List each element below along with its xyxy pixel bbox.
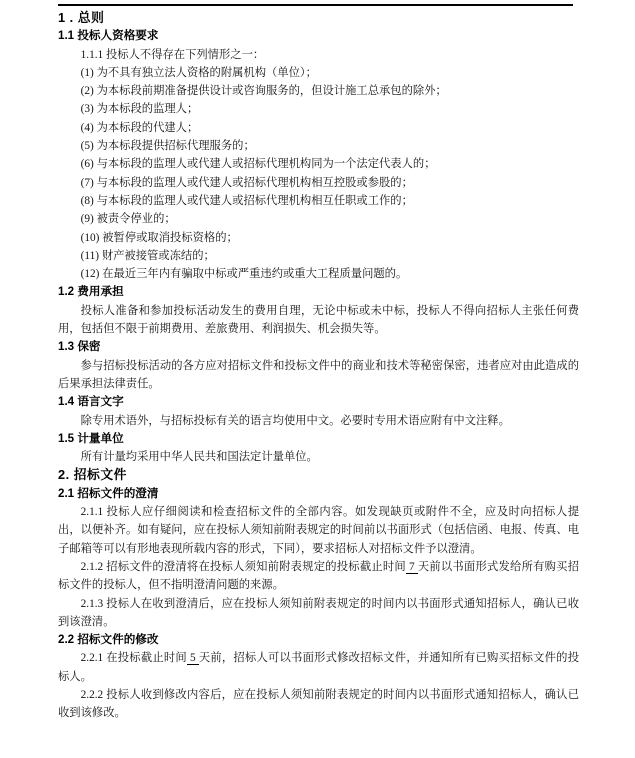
- chapter-heading: 1 . 总则: [58, 9, 579, 27]
- clause-paragraph: 2.2.2 投标人收到修改内容后，应在投标人须知前附表规定的时间内以书面形式通知…: [58, 686, 579, 723]
- clause-paragraph: (3) 为本标段的监理人；: [58, 100, 579, 118]
- clause-paragraph: 2.1.1 投标人应仔细阅读和检查招标文件的全部内容。如发现缺页或附件不全，应及…: [58, 503, 579, 558]
- clause-paragraph: (4) 为本标段的代建人；: [58, 119, 579, 137]
- clause-paragraph: 所有计量均采用中华人民共和国法定计量单位。: [58, 448, 579, 466]
- clause-paragraph: (12) 在最近三年内有骗取中标或严重违约或重大工程质量问题的。: [58, 265, 579, 283]
- clause-paragraph: (5) 为本标段提供招标代理服务的；: [58, 137, 579, 155]
- clause-paragraph: (6) 与本标段的监理人或代建人或招标代理机构同为一个法定代表人的；: [58, 155, 579, 173]
- clause-paragraph: (8) 与本标段的监理人或代建人或招标代理机构相互任职或工作的；: [58, 192, 579, 210]
- section-heading: 1.2 费用承担: [58, 283, 579, 301]
- clause-paragraph: (7) 与本标段的监理人或代建人或招标代理机构相互控股或参股的；: [58, 174, 579, 192]
- clause-paragraph: 参与招标投标活动的各方应对招标文件和投标文件中的商业和技术等秘密保密，违者应对由…: [58, 357, 579, 394]
- clause-paragraph: 除专用术语外，与招标投标有关的语言均使用中文。必要时专用术语应附有中文注释。: [58, 412, 579, 430]
- section-heading: 2.2 招标文件的修改: [58, 631, 579, 649]
- section-heading: 1.4 语言文字: [58, 393, 579, 411]
- underlined-blank-value: 7: [406, 561, 418, 574]
- clause-text: 2.2.1 在投标截止时间: [81, 652, 187, 664]
- clause-paragraph: (10) 被暂停或取消投标资格的；: [58, 229, 579, 247]
- section-heading: 2.1 招标文件的澄清: [58, 485, 579, 503]
- section-heading: 1.5 计量单位: [58, 430, 579, 448]
- document-page: 1 . 总则1.1 投标人资格要求1.1.1 投标人不得存在下列情形之一：(1)…: [0, 0, 635, 758]
- clause-paragraph: 投标人准备和参加投标活动发生的费用自理，无论中标或未中标，投标人不得向招标人主张…: [58, 302, 579, 339]
- clause-paragraph: 1.1.1 投标人不得存在下列情形之一：: [58, 46, 579, 64]
- clause-paragraph: 2.2.1 在投标截止时间5天前，招标人可以书面形式修改招标文件，并通知所有已购…: [58, 649, 579, 686]
- clause-paragraph: 2.1.3 投标人在收到澄清后，应在投标人须知前附表规定的时间内以书面形式通知招…: [58, 595, 579, 632]
- clause-paragraph: (9) 被责令停业的；: [58, 210, 579, 228]
- clause-paragraph: (2) 为本标段前期准备提供设计或咨询服务的，但设计施工总承包的除外；: [58, 82, 579, 100]
- underlined-blank-value: 5: [187, 652, 199, 665]
- section-heading: 1.1 投标人资格要求: [58, 27, 579, 45]
- page-top-rule: [58, 4, 573, 6]
- clause-paragraph: (11) 财产被接管或冻结的；: [58, 247, 579, 265]
- document-content: 1 . 总则1.1 投标人资格要求1.1.1 投标人不得存在下列情形之一：(1)…: [58, 9, 579, 723]
- clause-text: 2.1.2 招标文件的澄清将在投标人须知前附表规定的投标截止时间: [81, 561, 406, 573]
- section-heading: 1.3 保密: [58, 338, 579, 356]
- clause-paragraph: (1) 为不具有独立法人资格的附属机构（单位）；: [58, 64, 579, 82]
- clause-paragraph: 2.1.2 招标文件的澄清将在投标人须知前附表规定的投标截止时间7天前以书面形式…: [58, 558, 579, 595]
- chapter-heading: 2. 招标文件: [58, 466, 579, 484]
